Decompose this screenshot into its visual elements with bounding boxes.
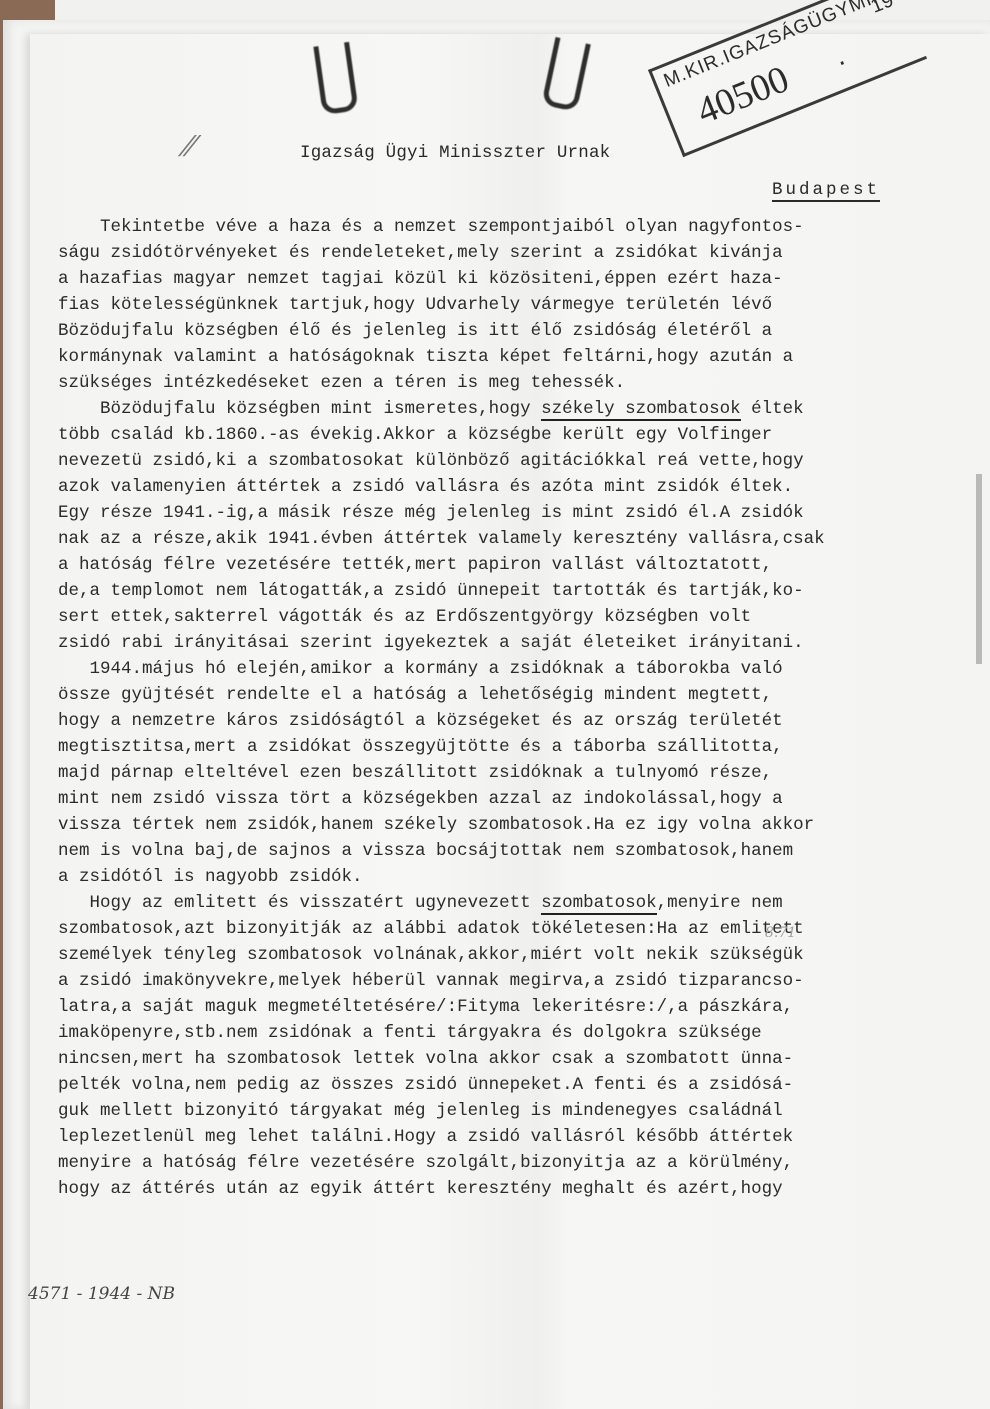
text-line: imaköpenyre,stb.nem zsidónak a fenti tár… xyxy=(58,1020,918,1046)
stamp-separator: · xyxy=(831,45,852,78)
text-line: nincsen,mert ha szombatosok lettek volna… xyxy=(58,1046,918,1072)
text-line: mint nem zsidó vissza tört a községekben… xyxy=(58,786,918,812)
text-line: guk mellett bizonyitó tárgyakat még jele… xyxy=(58,1098,918,1124)
text-line: személyek tényleg szombatosok volnának,a… xyxy=(58,942,918,968)
text-line: azok valamenyien áttértek a zsidó vallás… xyxy=(58,474,918,500)
margin-reference-note: 4571 - 1944 - NB xyxy=(28,1284,175,1304)
page-edge-shadow xyxy=(976,474,982,664)
pencil-scribble: ⁄⁄ xyxy=(185,130,194,163)
text-line: de,a templomot nem látogatták,a zsidó ün… xyxy=(58,578,918,604)
text-line: majd párnap elteltével ezen beszállitott… xyxy=(58,760,918,786)
text-line: a zsidótól is nagyobb zsidók. xyxy=(58,864,918,890)
text-line: hogy a nemzetre káros zsidóságtól a közs… xyxy=(58,708,918,734)
addressee-line: Igazság Ügyi Minisszter Urnak xyxy=(300,143,610,163)
text-line: Bözödujfalu községben mint ismeretes,hog… xyxy=(58,396,918,422)
text-line: ságu zsidótörvényeket és rendeleteket,me… xyxy=(58,240,918,266)
text-line: menyire a hatóság félre vezetésére szolg… xyxy=(58,1150,918,1176)
stamp-year: 19 xyxy=(868,0,897,19)
text-line: nevezetü zsidó,ki a szombatosokat különb… xyxy=(58,448,918,474)
text-line: 1944.május hó elején,amikor a kormány a … xyxy=(58,656,918,682)
text-line: pelték volna,nem pedig az összes zsidó ü… xyxy=(58,1072,918,1098)
text-line: a hazafias magyar nemzet tagjai közül ki… xyxy=(58,266,918,292)
pencil-note: 8.71 xyxy=(765,925,796,941)
text-line: Tekintetbe véve a haza és a nemzet szemp… xyxy=(58,214,918,240)
place-line: Budapest xyxy=(772,180,880,202)
letter-body: Tekintetbe véve a haza és a nemzet szemp… xyxy=(58,214,918,1202)
text-line: több család kb.1860.-as évekig.Akkor a k… xyxy=(58,422,918,448)
text-line: latra,a saját maguk megmetéltetésére/:Fi… xyxy=(58,994,918,1020)
text-line: fias kötelességünknek tartjuk,hogy Udvar… xyxy=(58,292,918,318)
text-line: Hogy az emlitett és visszatért ugyneveze… xyxy=(58,890,918,916)
text-line: zsidó rabi irányitásai szerint igyekezte… xyxy=(58,630,918,656)
text-line: vissza tértek nem zsidók,hanem székely s… xyxy=(58,812,918,838)
text-line: leplezetlenül meg lehet találni.Hogy a z… xyxy=(58,1124,918,1150)
text-line: Egy része 1941.-ig,a másik része még jel… xyxy=(58,500,918,526)
text-line: a hatóság félre vezetésére tették,mert p… xyxy=(58,552,918,578)
text-line: hogy az áttérés után az egyik áttért ker… xyxy=(58,1176,918,1202)
text-line: megtisztitsa,mert a zsidókat összegyüjtö… xyxy=(58,734,918,760)
text-line: Bözödujfalu községben élő és jelenleg is… xyxy=(58,318,918,344)
text-line: nak az a része,akik 1941.évben áttértek … xyxy=(58,526,918,552)
text-line: össze gyüjtését rendelte el a hatóság a … xyxy=(58,682,918,708)
text-line: sert ettek,sakterrel vágották és az Erdő… xyxy=(58,604,918,630)
underlined-phrase: székely szombatosok xyxy=(541,399,741,421)
text-line: a zsidó imakönyvekre,melyek héberül vann… xyxy=(58,968,918,994)
text-line: szükséges intézkedéseket ezen a téren is… xyxy=(58,370,918,396)
text-line: kormánynak valamint a hatóságoknak tiszt… xyxy=(58,344,918,370)
underlined-phrase: szombatosok xyxy=(541,893,657,915)
text-line: nem is volna baj,de sajnos a vissza bocs… xyxy=(58,838,918,864)
